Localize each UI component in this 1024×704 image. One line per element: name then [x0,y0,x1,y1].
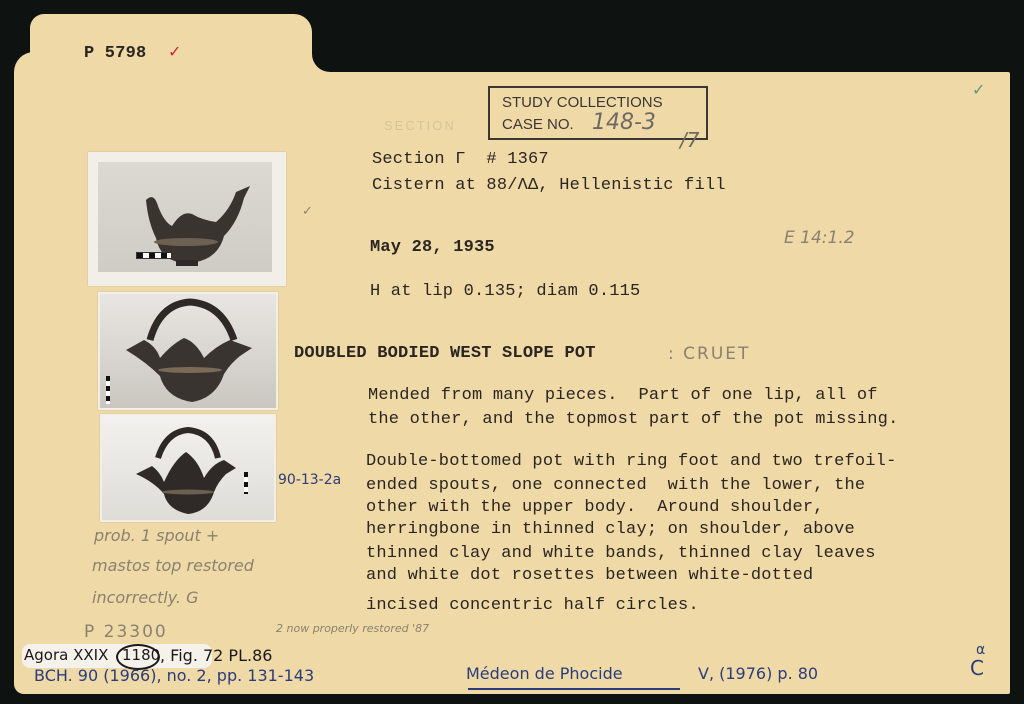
catalog-number: P 5798 [84,44,146,63]
description-line: ended spouts, one connected with the low… [366,476,865,495]
study-collections-stamp: STUDY COLLECTIONS CASE NO. 148-3 [488,86,708,140]
photo-pot-handle-small [100,414,276,522]
pot-silhouette-icon [98,162,272,272]
bch-reference: BCH. 90 (1966), no. 2, pp. 131-143 [34,666,314,685]
date-line: May 28, 1935 [370,238,495,257]
pencil-note-line: mastos top restored [92,556,254,575]
stamp-case-label: CASE NO. [502,116,574,133]
agora-reference: Agora XXIX [24,646,108,664]
medeon-underline [468,688,680,690]
description-line: other with the upper body. Around should… [366,498,824,517]
description-line: incised concentric half circles. [366,596,699,615]
pot-with-handle-silhouette-icon [102,416,274,520]
stamp-case-number: 148-3 [592,110,656,135]
scale-bar [244,472,248,494]
medeon-reference-title: Médeon de Phocide [466,664,623,683]
object-title: DOUBLED BODIED WEST SLOPE POT [294,344,596,363]
pencil-note-line: prob. 1 spout + [94,526,219,545]
agora-figure-reference: , Fig. 72 PL.86 [160,646,272,665]
green-check-icon: ✓ [972,80,985,99]
stamp-title: STUDY COLLECTIONS [502,94,663,111]
photo-number-note: 90-13-2a [278,472,341,488]
red-check-icon: ✓ [168,42,181,61]
section-line: Section Γ # 1367 [372,150,549,169]
inventory-note: E 14:1.2 [784,228,855,248]
card-tab-cut [312,14,352,72]
photo-pot-profile [88,152,286,286]
photo-pot-handle-large [98,292,278,410]
condition-line: Mended from many pieces. Part of one lip… [368,386,878,405]
agora-catalog-number: 1180 [122,646,160,664]
description-line: thinned clay and white bands, thinned cl… [366,544,876,563]
case-number-suffix: /7 [680,128,699,152]
title-annotation: : CRUET [668,344,750,364]
negative-number: P 23300 [84,622,168,642]
pencil-check-icon: ✓ [302,204,313,219]
card-tab-corner [14,52,44,82]
faint-section-stamp: SECTION [384,118,456,133]
description-line: and white dot rosettes between white-dot… [366,566,813,585]
pot-with-handle-silhouette-icon [100,294,276,408]
restored-note: 2 now properly restored '87 [276,622,429,635]
condition-line: the other, and the topmost part of the p… [368,410,899,429]
description-line: Double-bottomed pot with ring foot and t… [366,452,897,471]
scale-bar [136,252,172,259]
corner-mark-bottom: C [970,656,984,680]
location-line: Cistern at 88/ΛΔ, Hellenistic fill [372,176,726,195]
description-line: herringbone in thinned clay; on shoulder… [366,520,855,539]
scale-bar [106,376,110,404]
medeon-reference-details: V, (1976) p. 80 [698,664,818,683]
pencil-note-line: incorrectly. G [92,588,198,607]
dimensions-line: H at lip 0.135; diam 0.115 [370,282,640,301]
